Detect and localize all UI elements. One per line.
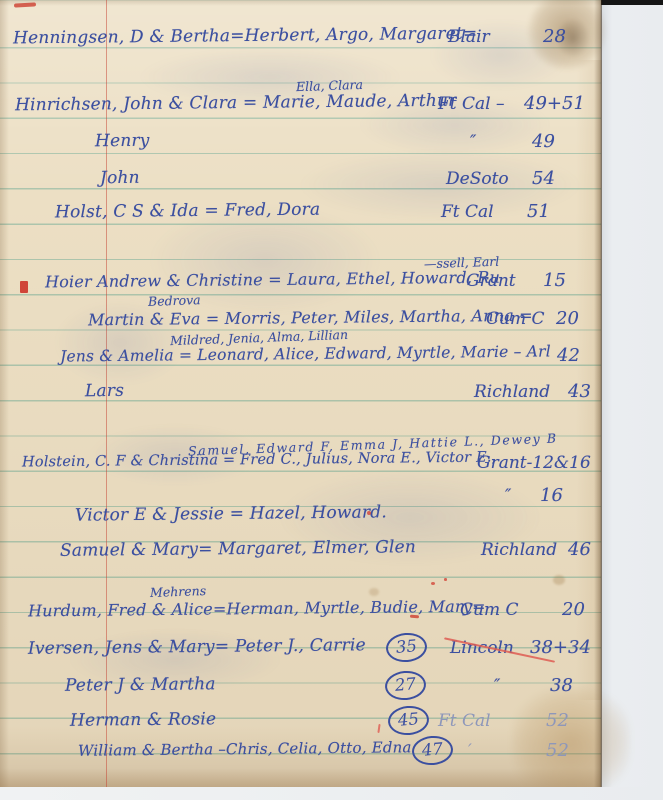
ledger-row: Hoier Andrew & Christine = Laura, Ethel,… xyxy=(0,270,601,300)
ledger-row: William & Bertha –Chris, Celia, Otto, Ed… xyxy=(0,740,601,770)
location-text: ″ xyxy=(470,132,476,152)
location-text: Cum C xyxy=(460,600,519,620)
entry-name-text: Victor E & Jessie = Hazel, Howard. xyxy=(75,502,387,525)
entry-name-text: Henry xyxy=(95,131,150,152)
location-text: Ft Cal xyxy=(438,711,491,731)
page-number-text: 46 xyxy=(568,539,591,560)
inserted-names-superscript: Ella, Clara xyxy=(296,77,363,94)
entry-name-text: Iversen, Jens & Mary= Peter J., Carrie xyxy=(28,635,366,659)
page-number-text: 51 xyxy=(527,201,550,222)
ledger-row: Henningsen, D & Bertha=Herbert, Argo, Ma… xyxy=(0,26,601,56)
entry-name-text: Peter J & Martha xyxy=(65,674,216,696)
page-number-text: 54 xyxy=(532,168,555,189)
ledger-row: Hinrichsen, John & Clara = Marie, Maude,… xyxy=(0,93,601,123)
paper-edge-right-shadow xyxy=(594,0,602,789)
location-text: Ft Cal xyxy=(441,202,494,222)
entry-name-text: Samuel & Mary= Margaret, Elmer, Glen xyxy=(60,537,416,561)
page-number-text: 20 xyxy=(562,599,585,620)
location-text: Grant xyxy=(466,271,516,291)
ledger-row: JohnDeSoto54 xyxy=(0,168,601,198)
ledger-row: Victor E & Jessie = Hazel, Howard. xyxy=(0,504,601,534)
ledger-row: Jens & Amelia = Leonard, Alice, Edward, … xyxy=(0,345,601,375)
ledger-row: Herman & Rosie45Ft Cal52 xyxy=(0,710,601,740)
circled-number: 35 xyxy=(385,631,428,663)
location-text: Grant-12&16 xyxy=(477,453,591,473)
scanned-ledger-page: Henningsen, D & Bertha=Herbert, Argo, Ma… xyxy=(0,0,663,800)
ledger-row: Iversen, Jens & Mary= Peter J., Carrie35… xyxy=(0,637,601,667)
stain-spot-1 xyxy=(553,575,565,585)
entry-name-text: Holst, C S & Ida = Fred, Dora xyxy=(55,200,320,223)
page-number-text: 49+51 xyxy=(524,93,585,114)
ledger-row: LarsRichland43 xyxy=(0,381,601,411)
location-text: ′ xyxy=(468,741,472,761)
location-text: ″ xyxy=(505,486,511,506)
paper-edge-top xyxy=(0,0,601,6)
ledger-paper: Henningsen, D & Bertha=Herbert, Argo, Ma… xyxy=(0,0,601,789)
ledger-row: Holst, C S & Ida = Fred, DoraFt Cal51 xyxy=(0,201,601,231)
location-text: ″ xyxy=(494,676,500,696)
page-number-text: 43 xyxy=(568,381,591,402)
red-pencil-speck xyxy=(444,578,447,581)
entry-name-text: Hinrichsen, John & Clara = Marie, Maude,… xyxy=(15,91,457,116)
scan-edge-bottom xyxy=(0,787,663,800)
stain-spot-2 xyxy=(369,588,379,596)
circled-number: 45 xyxy=(387,704,430,736)
location-text: Cum C xyxy=(486,309,545,329)
paper-edge-bottom xyxy=(0,768,601,789)
location-text: Richland xyxy=(474,382,550,402)
entry-name-text: John xyxy=(100,168,140,188)
ledger-row: Samuel & Mary= Margaret, Elmer, GlenRich… xyxy=(0,539,601,569)
page-number-text: 52 xyxy=(546,710,569,731)
entry-name-text: William & Bertha –Chris, Celia, Otto, Ed… xyxy=(78,738,412,759)
entry-name-text: Henningsen, D & Bertha=Herbert, Argo, Ma… xyxy=(13,24,478,49)
page-number-text: 15 xyxy=(543,270,566,291)
scanner-background-strip xyxy=(601,0,663,800)
inserted-names-superscript: —ssell, Earl xyxy=(424,254,500,272)
inserted-names-superscript: Bedrova xyxy=(148,292,201,309)
ledger-row: Holstein, C. F & Christina = Fred C., Ju… xyxy=(0,452,601,482)
ledger-row: Henry″49 xyxy=(0,131,601,161)
circled-number: 47 xyxy=(411,734,454,766)
inserted-names-superscript: Mehrens xyxy=(150,583,207,600)
scan-edge-black-bar xyxy=(598,0,663,5)
entry-name-text: Lars xyxy=(85,381,124,401)
location-text: Blair xyxy=(448,27,490,47)
red-pencil-speck xyxy=(431,582,435,585)
page-number-text: 38 xyxy=(550,675,573,696)
entry-name-text: Herman & Rosie xyxy=(70,709,216,731)
entry-name-text: Jens & Amelia = Leonard, Alice, Edward, … xyxy=(60,342,551,365)
ledger-row: Hurdum, Fred & Alice=Herman, Myrtle, Bud… xyxy=(0,599,601,629)
entry-name-text: Hoier Andrew & Christine = Laura, Ethel,… xyxy=(45,268,500,292)
entry-name-text: Hurdum, Fred & Alice=Herman, Myrtle, Bud… xyxy=(28,597,486,621)
location-text: Richland xyxy=(481,540,557,560)
page-number-text: 28 xyxy=(543,26,566,47)
page-number-text: 16 xyxy=(540,485,563,506)
page-number-text: 49 xyxy=(532,131,555,152)
location-text: Ft Cal – xyxy=(438,94,505,114)
circled-number: 27 xyxy=(384,669,427,701)
page-number-text: 52 xyxy=(546,740,569,761)
location-text: Lincoln xyxy=(450,638,514,658)
page-number-text: 42 xyxy=(557,345,580,366)
entry-name-text: Martin & Eva = Morris, Peter, Miles, Mar… xyxy=(88,306,533,330)
page-number-text: 38+34 xyxy=(530,637,591,658)
location-text: DeSoto xyxy=(446,169,509,189)
ledger-row: Peter J & Martha27″38 xyxy=(0,675,601,705)
page-number-text: 20 xyxy=(556,308,579,329)
